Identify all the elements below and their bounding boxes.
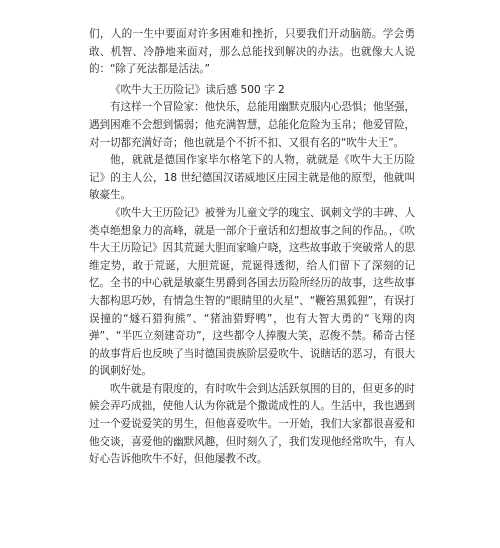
paragraph: 他，就就是德国作家毕尔格笔下的人物，就就是《吹牛大王历险记》的主人公，18 世纪… (89, 152, 415, 205)
essay-title: 《吹牛大王历险记》读后感 500 字 2 (89, 82, 415, 100)
paragraph: 有这样一个冒险家：他快乐，总能用幽默克服内心恐惧；他坚强，遇到困难不会想到懦弱；… (89, 99, 415, 152)
paragraph: 吹牛就是有限度的，有时吹牛会到达活跃氛围的目的，但更多的时候会弄巧成拙，使他人认… (89, 381, 415, 469)
paragraph-continuation: 们，人的一生中要面对许多困难和挫折，只要我们开动脑筋。学会勇敢、机智、冷静地来面… (89, 26, 415, 79)
document-page: 们，人的一生中要面对许多困难和挫折，只要我们开动脑筋。学会勇敢、机智、冷静地来面… (89, 26, 415, 469)
paragraph: 《吹牛大王历险记》被誉为儿童文学的瑰宝、讽刺文学的丰碑、人类卓绝想象力的高峰，就… (89, 205, 415, 381)
